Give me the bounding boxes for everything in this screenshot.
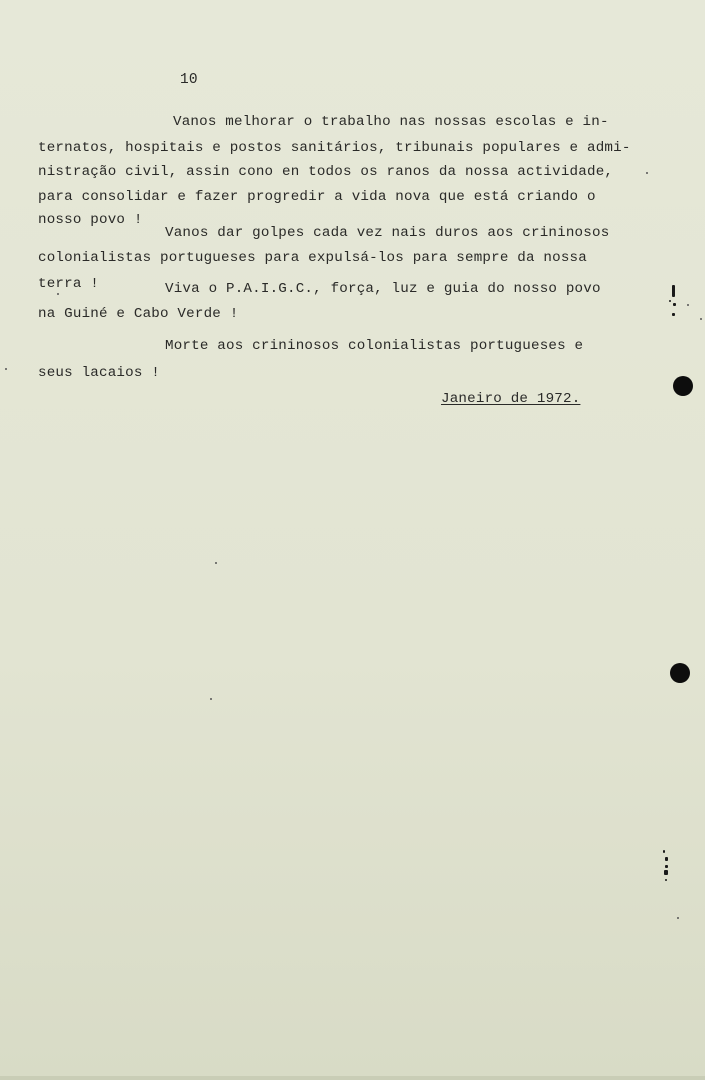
text-line: Vanos dar golpes cada vez nais duros aos… (165, 225, 609, 241)
margin-mark (672, 285, 675, 297)
text-line: para consolidar e fazer progredir a vida… (38, 189, 596, 205)
text-line: colonialistas portugueses para expulsá-l… (38, 250, 587, 266)
date-line: Janeiro de 1972. (441, 391, 580, 407)
text-line: Morte aos crininosos colonialistas portu… (165, 338, 583, 354)
speck (687, 304, 689, 306)
speck (700, 318, 702, 320)
speck (215, 562, 217, 564)
text-line: Viva o P.A.I.G.C., força, luz e guia do … (165, 281, 601, 297)
speck (57, 293, 59, 295)
speck (646, 172, 648, 174)
document-page: 10 Vanos melhorar o trabalho nas nossas … (0, 0, 705, 1080)
margin-mark (672, 313, 675, 316)
margin-mark (673, 303, 676, 306)
margin-mark (663, 850, 665, 853)
speck (677, 917, 679, 919)
text-line: seus lacaios ! (38, 365, 160, 381)
page-bottom-edge (0, 1076, 705, 1080)
text-line: na Guiné e Cabo Verde ! (38, 306, 238, 322)
text-line: nistração civil, assin cono en todos os … (38, 164, 613, 180)
text-line: nosso povo ! (38, 212, 143, 228)
margin-mark (665, 865, 668, 868)
margin-mark (665, 857, 668, 861)
text-line: Vanos melhorar o trabalho nas nossas esc… (173, 114, 609, 130)
punch-hole (670, 663, 690, 683)
margin-mark (665, 879, 667, 881)
punch-hole (673, 376, 693, 396)
page-number: 10 (180, 72, 198, 88)
speck (210, 698, 212, 700)
margin-mark (664, 870, 668, 875)
speck (5, 368, 7, 370)
text-line: ternatos, hospitais e postos sanitários,… (38, 140, 631, 156)
text-line: terra ! (38, 276, 99, 292)
margin-mark (669, 300, 671, 302)
